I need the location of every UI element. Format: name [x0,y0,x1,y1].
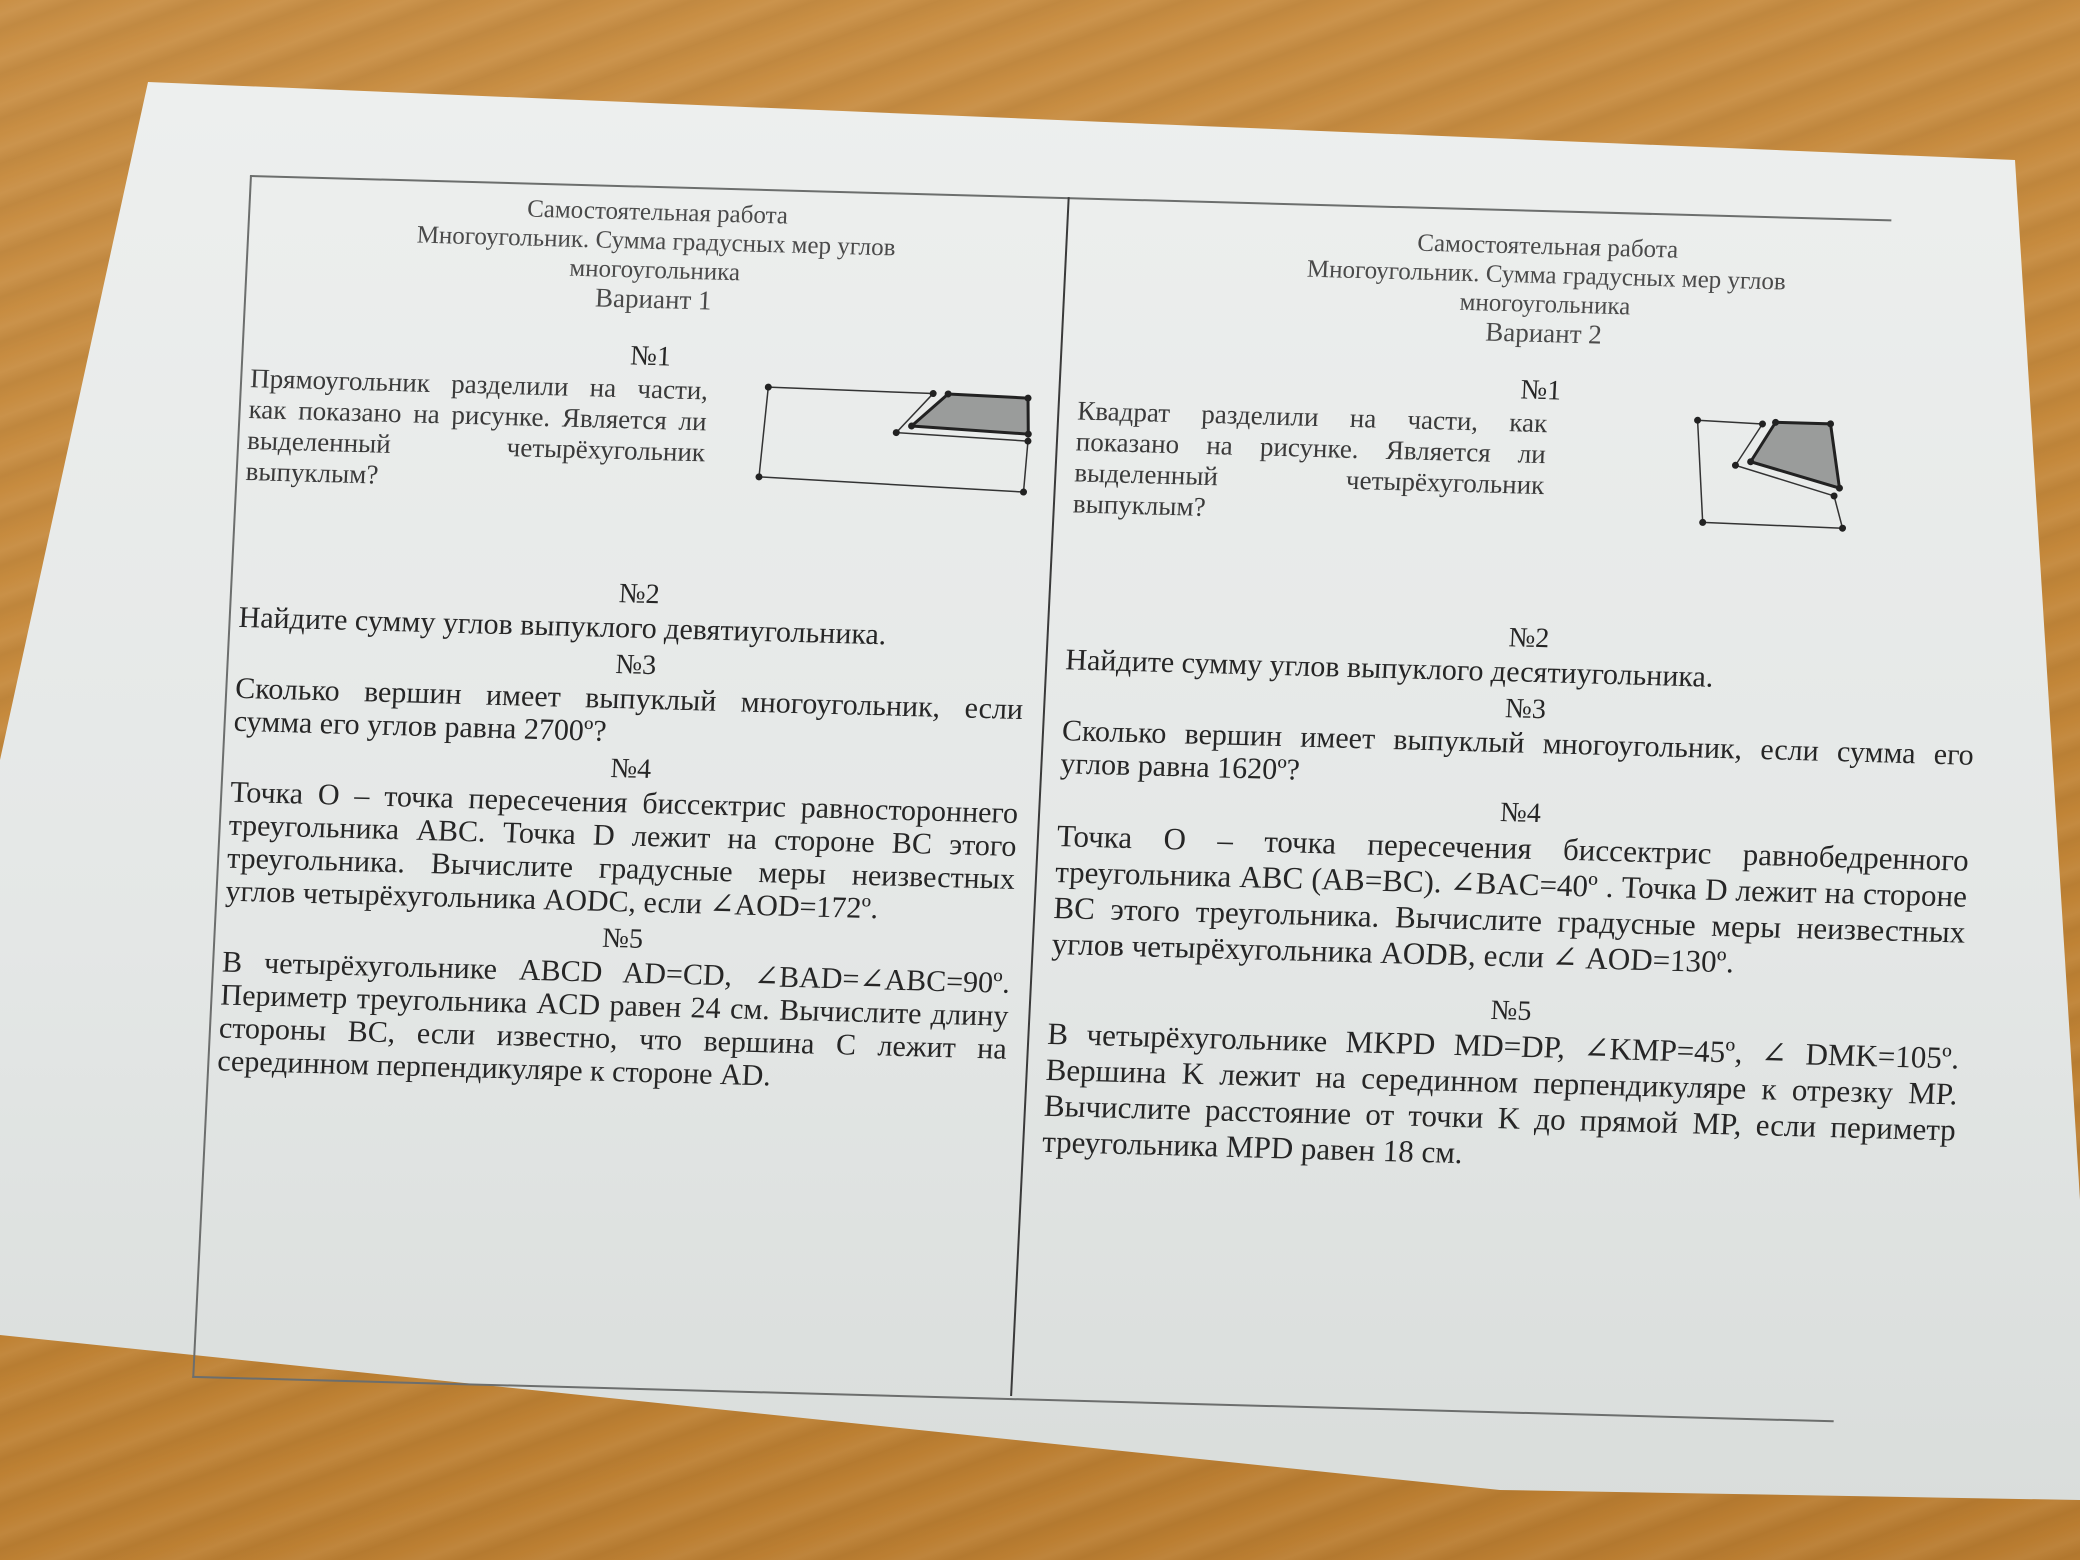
task-1-figure [752,377,1059,535]
variant-1-column: Самостоятельная работа Многоугольник. Су… [192,175,1069,1396]
worksheet: Самостоятельная работа Многоугольник. Су… [190,175,2059,1463]
square-figure-icon [1681,412,1868,557]
task-1-text: Прямоугольник разделили на части, как по… [235,363,729,500]
variant-2-column: Самостоятельная работа Многоугольник. Су… [1012,197,2029,1422]
task-5-text: В четырёхугольнике ABCD AD=CD, ∠BAD=∠ABC… [207,945,1031,1099]
rectangle-figure-icon [752,377,1059,535]
task-5-text: В четырёхугольнике MKPD MD=DP, ∠KMP=45º,… [1023,1015,1990,1185]
task-1-figure [1681,412,1868,557]
task-4-text: Точка О – точка пересечения биссектрис р… [1033,818,2000,988]
variant-2-header: Самостоятельная работа Многоугольник. Су… [1063,197,2029,361]
task-1-text: Квадрат разделили на части, как показано… [1054,395,1578,533]
variant-1-header: Самостоятельная работа Многоугольник. Су… [244,175,1068,325]
task-4-text: Точка О – точка пересечения биссектрис р… [215,775,1039,929]
